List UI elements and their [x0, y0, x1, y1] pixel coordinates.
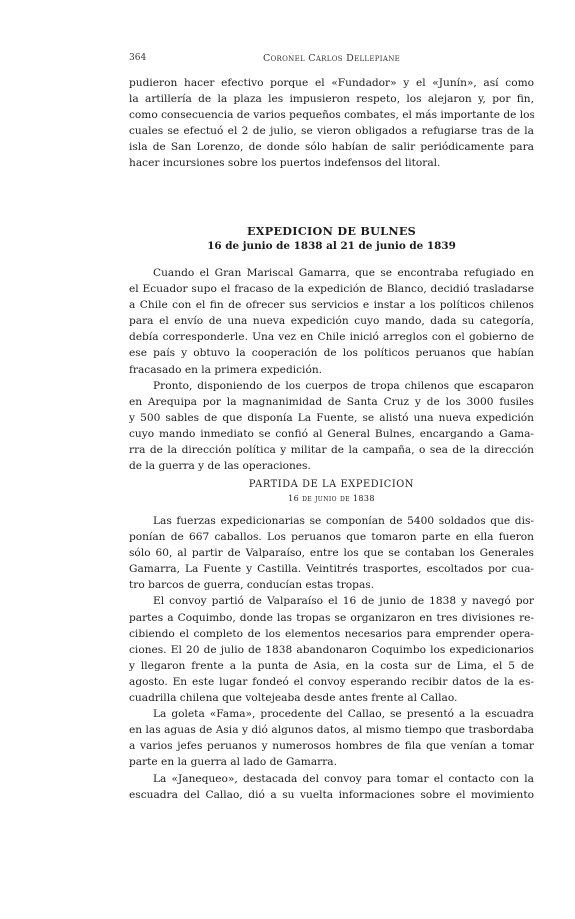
text-line: y llegaron frente a la punta de Asia, en…	[129, 658, 534, 674]
text-line: pudieron hacer efectivo porque el «Funda…	[129, 75, 534, 91]
text-line: la artillería de la plaza les impusieron…	[129, 91, 534, 107]
running-title: Coronel Carlos Dellepiane	[129, 53, 534, 64]
section-title: EXPEDICION DE BULNES	[129, 224, 534, 238]
text-line: Las fuerzas expedicionarias se componían…	[129, 513, 534, 529]
text-line: en las aguas de Asia y dió algunos datos…	[129, 722, 534, 738]
text-line: el Ecuador supo el fracaso de la expedic…	[129, 281, 534, 297]
section2-body: Las fuerzas expedicionarias se componían…	[129, 513, 534, 803]
section1-body: Cuando el Gran Mariscal Gamarra, que se …	[129, 265, 534, 474]
subsection-title: PARTIDA DE LA EXPEDICION	[129, 479, 534, 490]
intro-paragraph: pudieron hacer efectivo porque el «Funda…	[129, 75, 534, 172]
text-line: cibiendo el completo de los elementos ne…	[129, 626, 534, 642]
text-line: ponían de 667 caballos. Los peruanos que…	[129, 529, 534, 545]
text-line: isla de San Lorenzo, de donde sólo había…	[129, 139, 534, 155]
text-line: a Chile con el fin de ofrecer sus servic…	[129, 297, 534, 313]
text-line: agosto. En este lugar fondeó el convoy e…	[129, 674, 534, 690]
running-head: 364 Coronel Carlos Dellepiane	[129, 53, 534, 67]
text-line: en Arequipa por la magnanimidad de Santa…	[129, 394, 534, 410]
text-line: como consecuencia de varios pequeños com…	[129, 107, 534, 123]
text-line: ese país y obtuvo la cooperación de los …	[129, 345, 534, 361]
text-line: escuadra del Callao, dió a su vuelta inf…	[129, 787, 534, 803]
text-line: El convoy partió de Valparaíso el 16 de …	[129, 593, 534, 609]
section-subtitle: 16 de junio de 1838 al 21 de junio de 18…	[129, 240, 534, 252]
text-line: cuyo mando inmediato se confió al Genera…	[129, 426, 534, 442]
text-line: rra de la dirección política y militar d…	[129, 442, 534, 458]
text-line: a varios jefes peruanos y numerosos homb…	[129, 738, 534, 754]
text-line: ciones. El 20 de julio de 1838 abandonar…	[129, 642, 534, 658]
text-line: Cuando el Gran Mariscal Gamarra, que se …	[129, 265, 534, 281]
text-line: parte en la guerra al lado de Gamarra.	[129, 754, 534, 770]
text-line: cuadrilla chilena que voltejeaba desde a…	[129, 690, 534, 706]
text-line: de la guerra y de las operaciones.	[129, 458, 534, 474]
text-line: hacer incursiones sobre los puertos inde…	[129, 155, 534, 171]
subsection-subtitle: 16 de junio de 1838	[129, 494, 534, 503]
text-line: Gamarra, La Fuente y Castilla. Veintitré…	[129, 561, 534, 577]
text-line: partes a Coquimbo, donde las tropas se o…	[129, 610, 534, 626]
text-line: fracasado en la primera expedición.	[129, 362, 534, 378]
text-line: tro barcos de guerra, conducían estas tr…	[129, 577, 534, 593]
text-line: y 500 sables de que disponía La Fuente, …	[129, 410, 534, 426]
text-line: sólo 60, al partir de Valparaíso, entre …	[129, 545, 534, 561]
text-line: La goleta «Fama», procedente del Callao,…	[129, 706, 534, 722]
text-line: Pronto, disponiendo de los cuerpos de tr…	[129, 378, 534, 394]
text-line: para el envío de una nueva expedición cu…	[129, 313, 534, 329]
text-line: debía corresponderle. Una vez en Chile i…	[129, 329, 534, 345]
text-line: La «Janequeo», destacada del convoy para…	[129, 771, 534, 787]
text-line: cuales se efectuó el 2 de julio, se vier…	[129, 123, 534, 139]
